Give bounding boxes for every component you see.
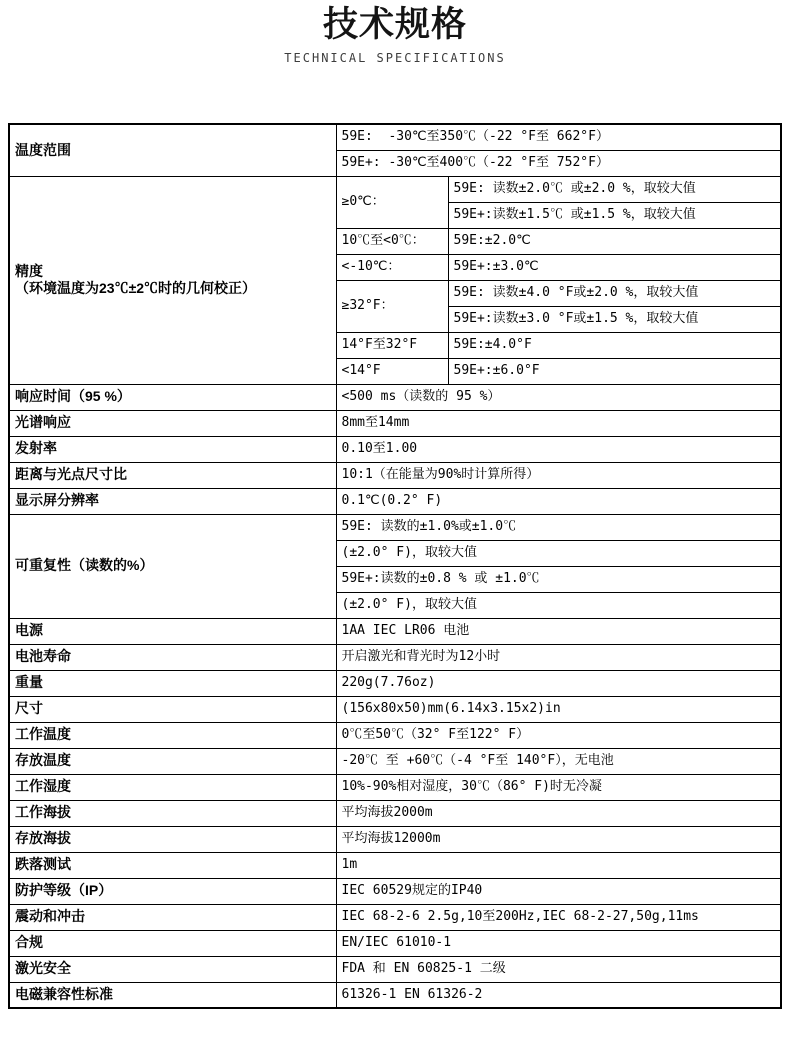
spec-value-cell: 59E+:±3.0℃ — [448, 254, 781, 280]
spec-value-cell: IEC 60529规定的IP40 — [336, 878, 781, 904]
spec-label-cell: 响应时间（95 %） — [9, 384, 336, 410]
spec-label-cell: 发射率 — [9, 436, 336, 462]
spec-value-cell: 平均海拔2000m — [336, 800, 781, 826]
spec-value-cell: 1m — [336, 852, 781, 878]
spec-table-row: 工作海拔平均海拔2000m — [9, 800, 781, 826]
spec-label-cell: 跌落测试 — [9, 852, 336, 878]
spec-table-row: 距离与光点尺寸比10:1（在能量为90%时计算所得） — [9, 462, 781, 488]
spec-value-cell: 220g(7.76oz) — [336, 670, 781, 696]
spec-value-cell: -20℃ 至 +60℃（-4 °F至 140°F），无电池 — [336, 748, 781, 774]
page-header: 技术规格 TECHNICAL SPECIFICATIONS — [0, 0, 790, 65]
spec-value-cell: 59E:±2.0℃ — [448, 228, 781, 254]
spec-table-body: 温度范围59E: -30℃至350℃（-22 °F至 662°F）59E+: -… — [9, 124, 781, 1008]
spec-label-cell: 震动和冲击 — [9, 904, 336, 930]
spec-condition-cell: ≥32°F： — [336, 280, 448, 332]
page-title: 技术规格 — [0, 2, 790, 48]
spec-label-cell: 工作海拔 — [9, 800, 336, 826]
spec-label-cell: 精度 （环境温度为23℃±2℃时的几何校正） — [9, 176, 336, 384]
spec-label-cell: 距离与光点尺寸比 — [9, 462, 336, 488]
spec-condition-cell: 14°F至32°F — [336, 332, 448, 358]
spec-value-cell: 59E+:读数±3.0 °F或±1.5 %，取较大值 — [448, 306, 781, 332]
spec-value-cell: 59E: -30℃至350℃（-22 °F至 662°F） — [336, 124, 781, 150]
spec-value-cell: 0.1℃(0.2° F) — [336, 488, 781, 514]
spec-value-cell: (±2.0° F)，取较大值 — [336, 540, 781, 566]
spec-label-cell: 工作湿度 — [9, 774, 336, 800]
spec-value-cell: EN/IEC 61010-1 — [336, 930, 781, 956]
spec-table-row: 合规EN/IEC 61010-1 — [9, 930, 781, 956]
spec-table-row: 存放温度-20℃ 至 +60℃（-4 °F至 140°F），无电池 — [9, 748, 781, 774]
spec-label-cell: 激光安全 — [9, 956, 336, 982]
spec-value-cell: 59E: 读数的±1.0%或±1.0℃ — [336, 514, 781, 540]
spec-value-cell: 0℃至50℃（32° F至122° F） — [336, 722, 781, 748]
spec-table-row: 光谱响应8mm至14mm — [9, 410, 781, 436]
spec-table-row: 震动和冲击IEC 68-2-6 2.5g,10至200Hz,IEC 68-2-2… — [9, 904, 781, 930]
spec-table-row: 精度 （环境温度为23℃±2℃时的几何校正）≥0℃：59E: 读数±2.0℃ 或… — [9, 176, 781, 202]
spec-condition-cell: ≥0℃： — [336, 176, 448, 228]
spec-condition-cell: 10℃至<0℃： — [336, 228, 448, 254]
spec-value-cell: 开启激光和背光时为12小时 — [336, 644, 781, 670]
spec-value-cell: 0.10至1.00 — [336, 436, 781, 462]
spec-value-cell: 59E: 读数±2.0℃ 或±2.0 %，取较大值 — [448, 176, 781, 202]
spec-label-cell: 防护等级（IP） — [9, 878, 336, 904]
spec-label-cell: 电池寿命 — [9, 644, 336, 670]
page-subtitle: TECHNICAL SPECIFICATIONS — [0, 51, 790, 65]
spec-table-row: 电磁兼容性标准61326-1 EN 61326-2 — [9, 982, 781, 1008]
spec-label-cell: 合规 — [9, 930, 336, 956]
spec-value-cell: 59E: 读数±4.0 °F或±2.0 %，取较大值 — [448, 280, 781, 306]
spec-table-row: 响应时间（95 %）<500 ms（读数的 95 %） — [9, 384, 781, 410]
spec-value-cell: (156x80x50)mm(6.14x3.15x2)in — [336, 696, 781, 722]
spec-value-cell: <500 ms（读数的 95 %） — [336, 384, 781, 410]
spec-table-row: 可重复性（读数的%）59E: 读数的±1.0%或±1.0℃ — [9, 514, 781, 540]
spec-label-cell: 工作温度 — [9, 722, 336, 748]
spec-value-cell: 8mm至14mm — [336, 410, 781, 436]
spec-table-row: 重量220g(7.76oz) — [9, 670, 781, 696]
spec-table-row: 电源1AA IEC LR06 电池 — [9, 618, 781, 644]
spec-table-row: 显示屏分辨率0.1℃(0.2° F) — [9, 488, 781, 514]
spec-condition-cell: <14°F — [336, 358, 448, 384]
spec-value-cell: 59E:±4.0°F — [448, 332, 781, 358]
spec-value-cell: 1AA IEC LR06 电池 — [336, 618, 781, 644]
spec-table-row: 防护等级（IP）IEC 60529规定的IP40 — [9, 878, 781, 904]
spec-table-row: 工作湿度10%-90%相对湿度，30℃（86° F)时无冷凝 — [9, 774, 781, 800]
spec-label-cell: 电磁兼容性标准 — [9, 982, 336, 1008]
spec-table-row: 尺寸(156x80x50)mm(6.14x3.15x2)in — [9, 696, 781, 722]
spec-label-cell: 电源 — [9, 618, 336, 644]
spec-condition-cell: <-10℃： — [336, 254, 448, 280]
spec-value-cell: (±2.0° F)，取较大值 — [336, 592, 781, 618]
spec-label-cell: 存放温度 — [9, 748, 336, 774]
spec-value-cell: 平均海拔12000m — [336, 826, 781, 852]
spec-value-cell: IEC 68-2-6 2.5g,10至200Hz,IEC 68-2-27,50g… — [336, 904, 781, 930]
spec-table-row: 激光安全FDA 和 EN 60825-1 二级 — [9, 956, 781, 982]
spec-label-cell: 重量 — [9, 670, 336, 696]
spec-table-row: 工作温度0℃至50℃（32° F至122° F） — [9, 722, 781, 748]
spec-value-cell: 59E+:±6.0°F — [448, 358, 781, 384]
spec-table-row: 发射率0.10至1.00 — [9, 436, 781, 462]
spec-label-cell: 存放海拔 — [9, 826, 336, 852]
spec-label-cell: 尺寸 — [9, 696, 336, 722]
spec-table-row: 电池寿命开启激光和背光时为12小时 — [9, 644, 781, 670]
spec-value-cell: 61326-1 EN 61326-2 — [336, 982, 781, 1008]
spec-value-cell: FDA 和 EN 60825-1 二级 — [336, 956, 781, 982]
spec-table: 温度范围59E: -30℃至350℃（-22 °F至 662°F）59E+: -… — [8, 123, 782, 1009]
spec-label-cell: 光谱响应 — [9, 410, 336, 436]
spec-value-cell: 59E+:读数的±0.8 % 或 ±1.0℃ — [336, 566, 781, 592]
spec-value-cell: 10:1（在能量为90%时计算所得） — [336, 462, 781, 488]
spec-table-row: 温度范围59E: -30℃至350℃（-22 °F至 662°F） — [9, 124, 781, 150]
spec-value-cell: 59E+: -30℃至400℃（-22 °F至 752°F） — [336, 150, 781, 176]
spec-label-cell: 可重复性（读数的%） — [9, 514, 336, 618]
spec-value-cell: 10%-90%相对湿度，30℃（86° F)时无冷凝 — [336, 774, 781, 800]
spec-label-cell: 显示屏分辨率 — [9, 488, 336, 514]
spec-value-cell: 59E+:读数±1.5℃ 或±1.5 %，取较大值 — [448, 202, 781, 228]
spec-table-row: 存放海拔平均海拔12000m — [9, 826, 781, 852]
spec-table-row: 跌落测试1m — [9, 852, 781, 878]
spec-label-cell: 温度范围 — [9, 124, 336, 176]
